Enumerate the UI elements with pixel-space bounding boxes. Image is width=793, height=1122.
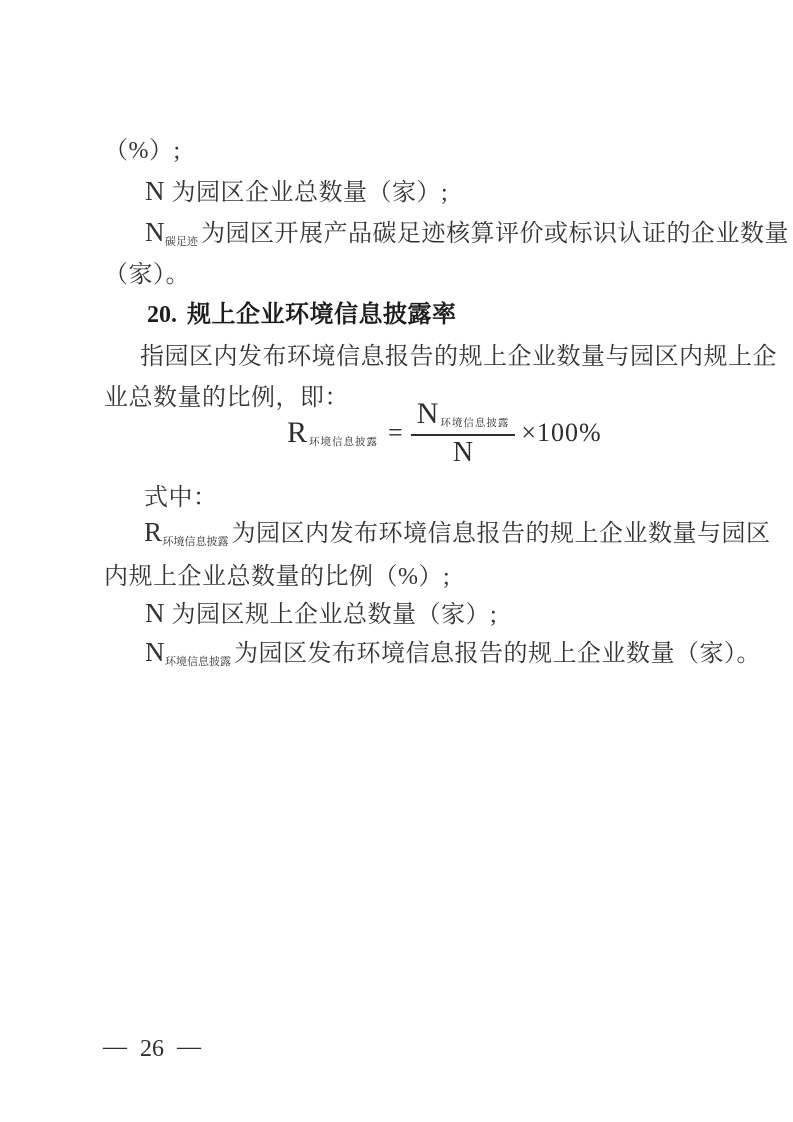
section-title: 规上企业环境信息披露率 — [187, 302, 457, 328]
text-line-n-carbon-footprint: N碳足迹为园区开展产品碳足迹核算评价或标识认证的企业数量 — [145, 213, 789, 248]
formula-times-100: ×100% — [521, 418, 601, 448]
subscript-env-info-disclosure-n: 环境信息披露 — [165, 656, 231, 668]
text-line-n-disclosure: N环境信息披露为园区发布环境信息报告的规上企业数量（家）。 — [145, 633, 761, 668]
text-n-disclosure-desc: 为园区发布环境信息报告的规上企业数量（家）。 — [234, 641, 761, 667]
text-line-n-total: N 为园区企业总数量（家）; — [145, 172, 448, 207]
variable-n2: N — [145, 598, 165, 628]
formula-disclosure-rate: R环境信息披露 = N环境信息披露 N ×100% — [287, 401, 602, 465]
text-line-r-definition: R环境信息披露为园区内发布环境信息报告的规上企业数量与园区 — [144, 513, 771, 548]
text-line-percent-unit: （%）; — [104, 130, 181, 165]
variable-r: R — [144, 517, 163, 547]
text-line-shizhong: 式中： — [144, 477, 218, 512]
subscript-env-info-disclosure-r: 环境信息披露 — [163, 536, 229, 548]
paragraph-definition-line1: 指园区内发布环境信息报告的规上企业数量与园区内规上企 — [140, 336, 777, 371]
formula-numerator-subscript: 环境信息披露 — [440, 415, 509, 430]
footer-right-dash: — — [177, 1034, 201, 1061]
formula-r-symbol: R — [287, 416, 307, 450]
variable-n: N — [145, 176, 165, 206]
text-n2-desc: 为园区规上企业总数量（家）; — [165, 602, 497, 628]
page-footer: — 26 — — [103, 1036, 201, 1063]
formula-r-subscript: 环境信息披露 — [309, 434, 378, 449]
text-n-total-desc: 为园区企业总数量（家）; — [165, 180, 448, 206]
section-heading: 20.规上企业环境信息披露率 — [147, 294, 457, 329]
formula-lhs: R环境信息披露 — [287, 416, 378, 450]
formula-fraction: N环境信息披露 N — [411, 397, 516, 469]
formula-denominator-n: N — [453, 436, 473, 469]
subscript-carbon-footprint: 碳足迹 — [165, 236, 198, 248]
variable-n-carbon: N — [145, 217, 165, 247]
document-page: （%）; N 为园区企业总数量（家）; N碳足迹为园区开展产品碳足迹核算评价或标… — [0, 0, 793, 1122]
section-number: 20. — [147, 302, 177, 328]
formula-numerator: N环境信息披露 — [411, 397, 516, 436]
formula-numerator-n: N — [417, 397, 439, 431]
text-r-desc: 为园区内发布环境信息报告的规上企业数量与园区 — [232, 521, 771, 547]
footer-left-dash: — — [103, 1034, 127, 1061]
formula-equals-sign: = — [388, 418, 403, 448]
text-line-r-definition-wrap: 内规上企业总数量的比例（%）; — [104, 556, 450, 591]
text-line-jia-unit: （家）。 — [104, 254, 190, 289]
text-n-carbon-desc: 为园区开展产品碳足迹核算评价或标识认证的企业数量 — [201, 221, 789, 247]
text-line-n-total-gs: N 为园区规上企业总数量（家）; — [145, 594, 497, 629]
page-number: 26 — [140, 1036, 164, 1063]
variable-n-disclosure: N — [145, 637, 165, 667]
